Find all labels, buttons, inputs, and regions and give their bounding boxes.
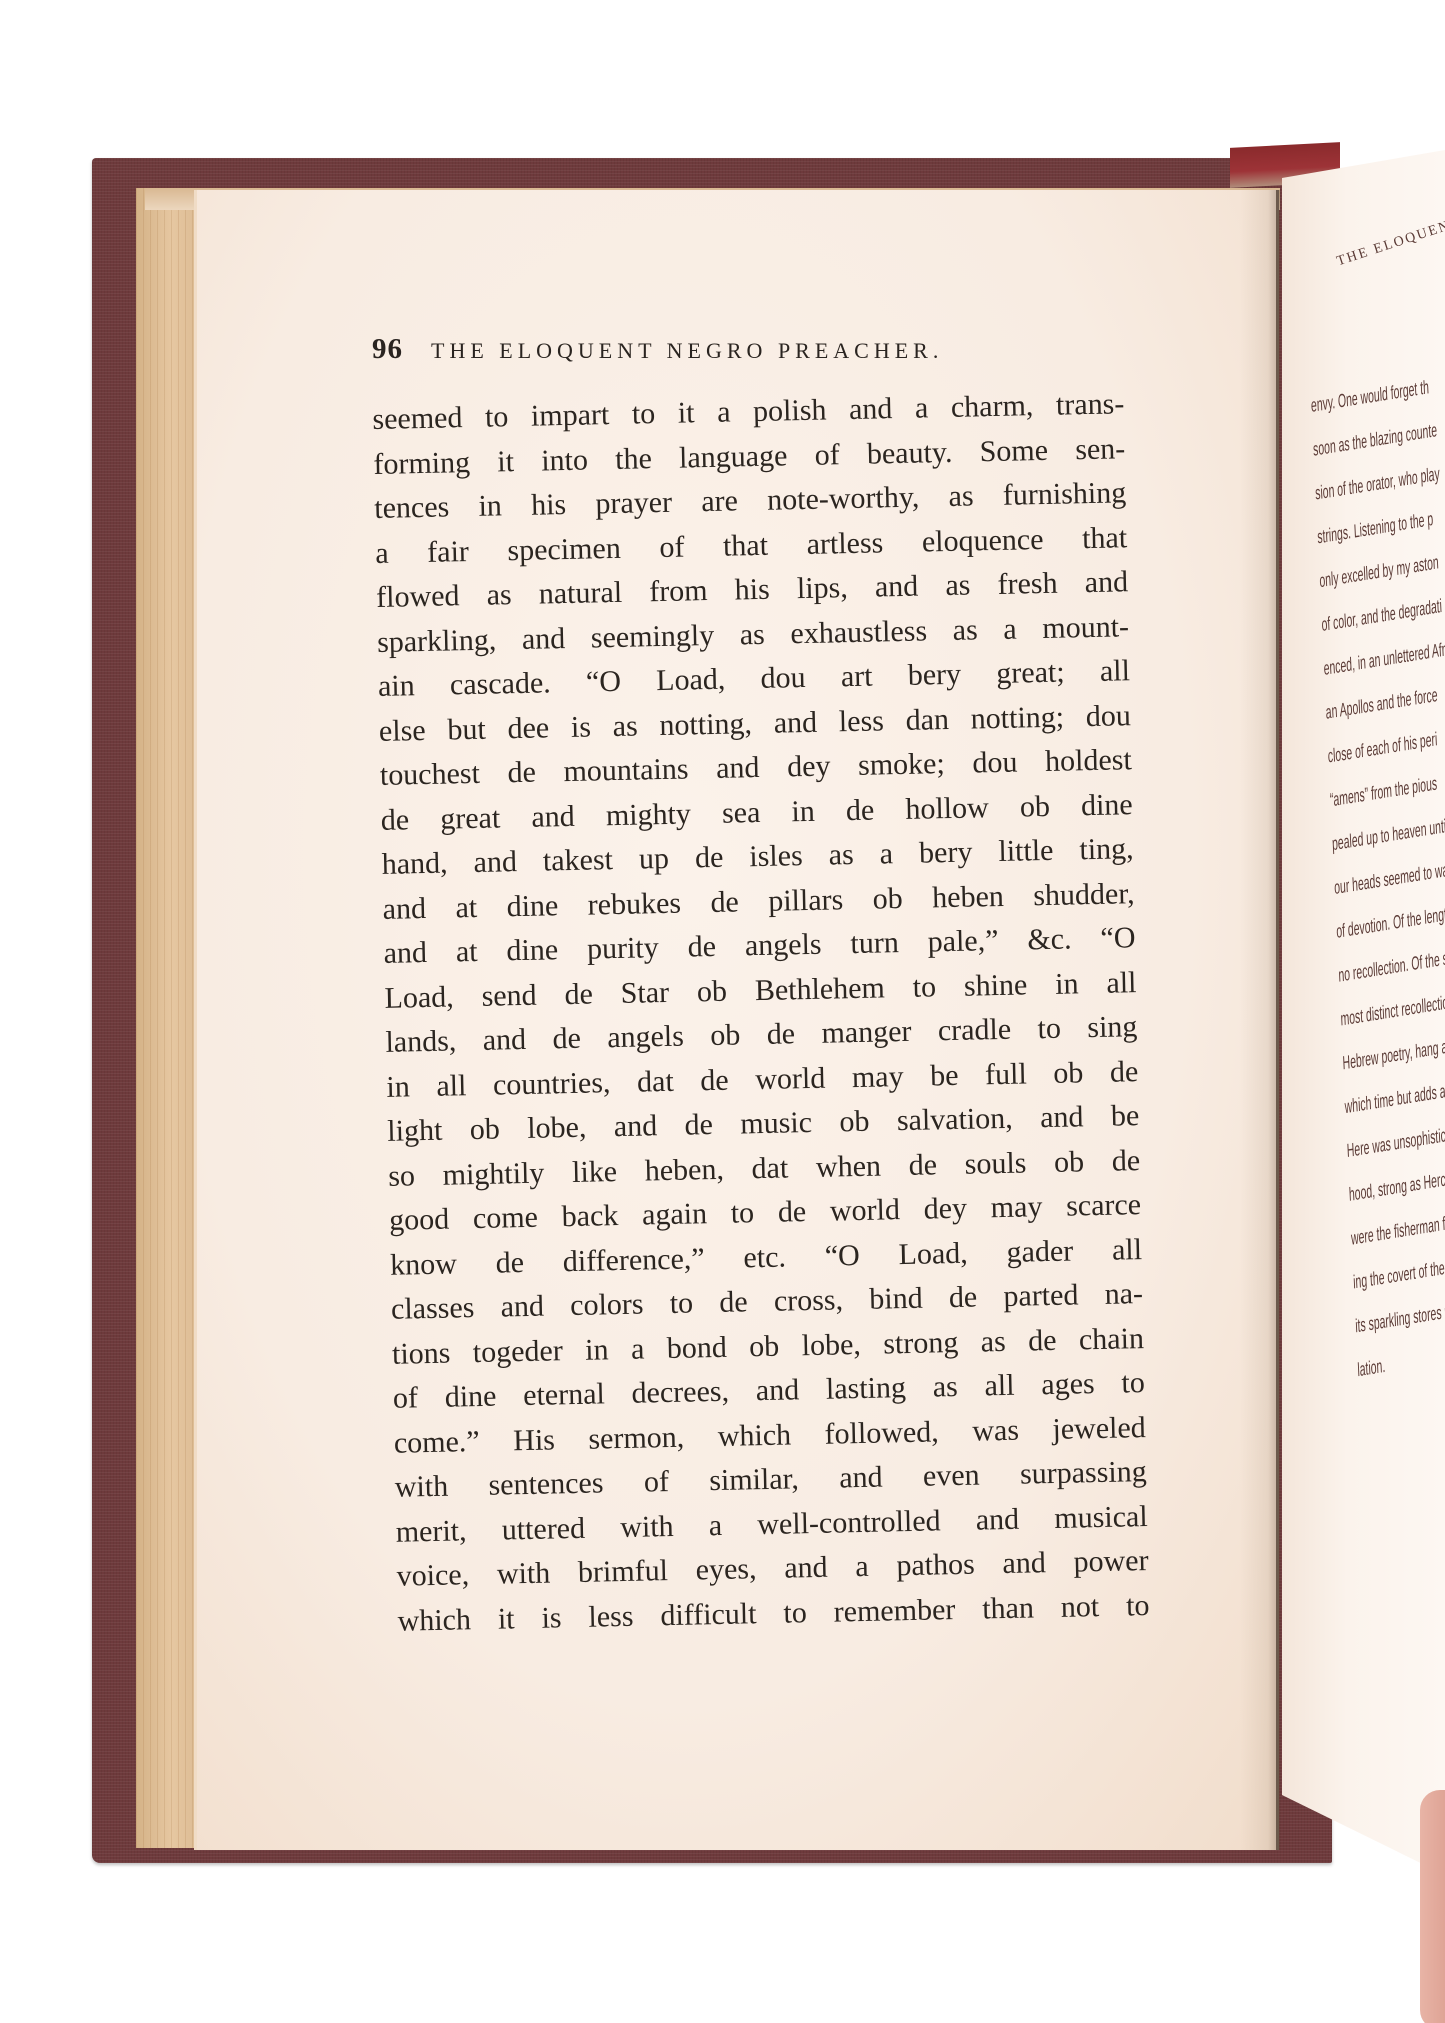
left-page-text: seemed to impart to it a polish and a ch…: [372, 382, 1150, 1643]
running-head: 96THE ELOQUENT NEGRO PREACHER.: [372, 333, 1172, 366]
book-photo: 96THE ELOQUENT NEGRO PREACHER. seemed to…: [0, 0, 1445, 2023]
page-number: 96: [372, 333, 403, 365]
gutter-shadow: [1240, 190, 1280, 1850]
gutter-line: [1276, 190, 1279, 1850]
holding-finger: [1420, 1790, 1445, 2023]
running-title: THE ELOQUENT NEGRO PREACHER.: [431, 338, 943, 363]
